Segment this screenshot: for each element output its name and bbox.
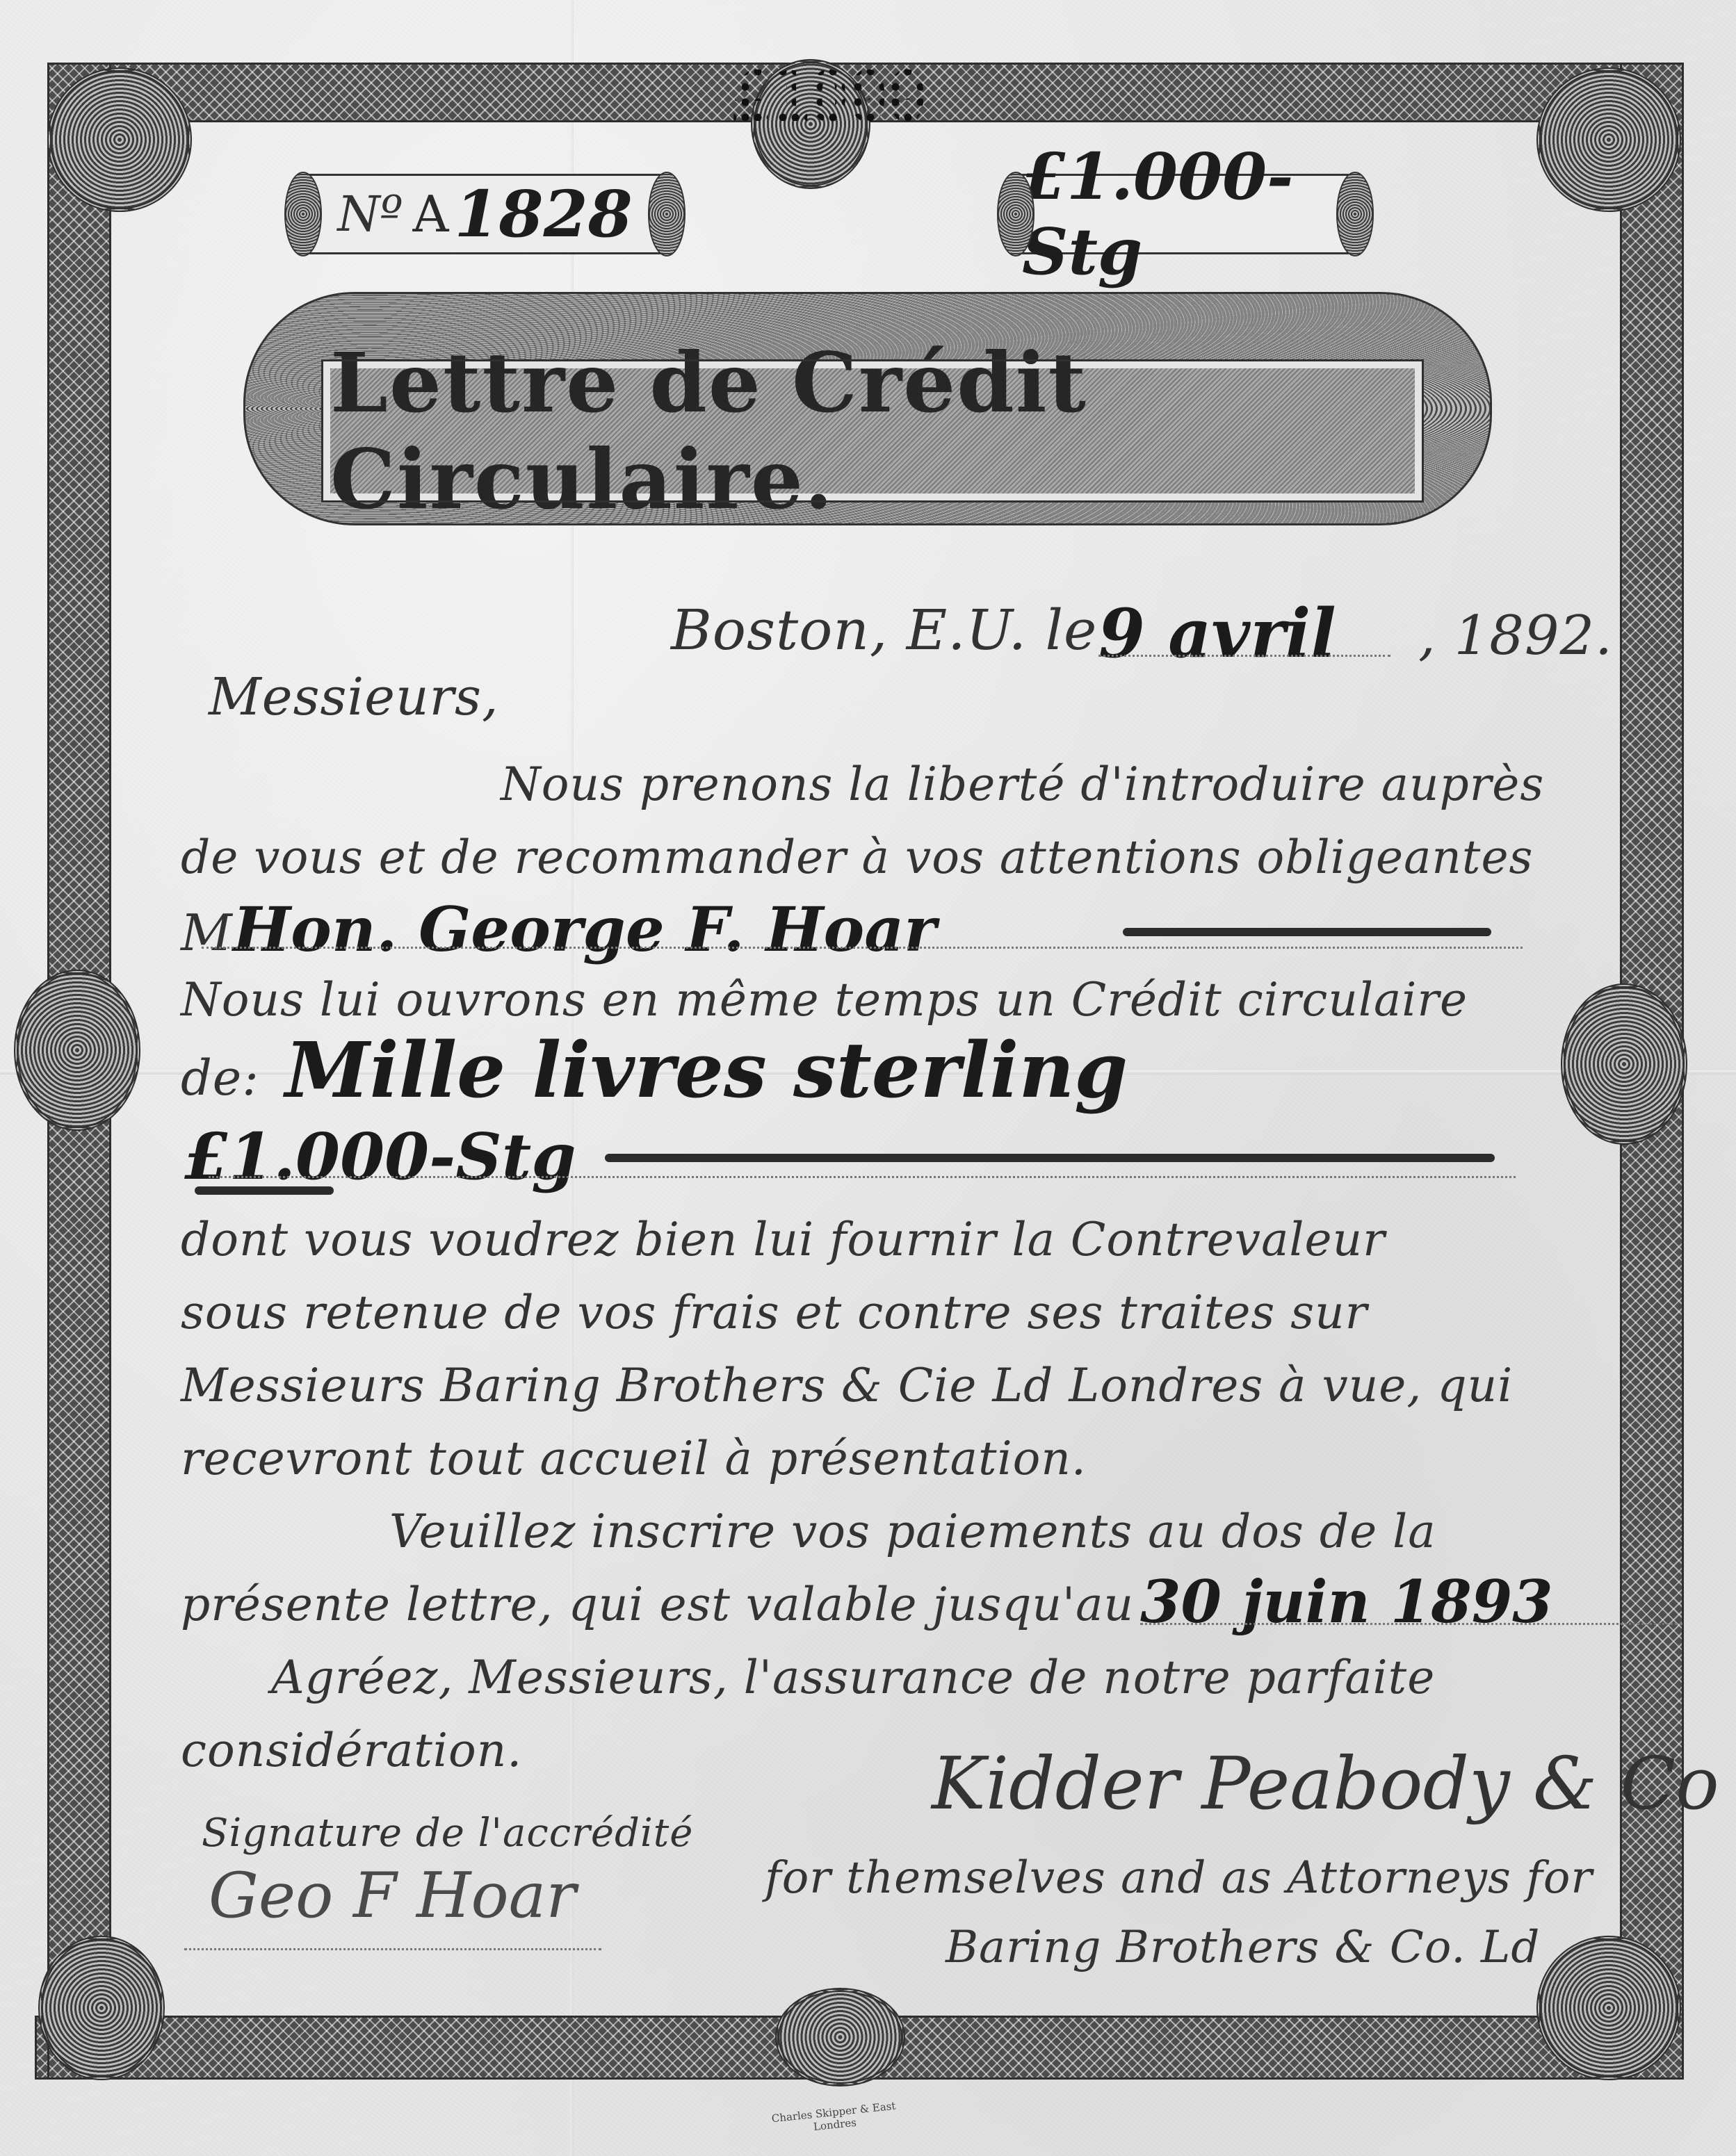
- rosette-icon: [1561, 983, 1687, 1145]
- fill-dash: [605, 1154, 1495, 1162]
- validity-date: 30 juin 1893: [1140, 1567, 1553, 1636]
- body-line-8: Veuillez inscrire vos paiements au dos d…: [389, 1505, 1436, 1558]
- rosette-icon: [1536, 67, 1681, 212]
- body-line-3: Nous lui ouvrons en même temps un Crédit…: [181, 973, 1468, 1027]
- issuer-signature: Kidder Peabody & Co: [932, 1741, 1719, 1826]
- dotted-rule: [1140, 1623, 1682, 1625]
- fill-dash: [1123, 928, 1491, 936]
- dotted-rule: [1098, 655, 1390, 657]
- issuer-line-1: for themselves and as Attorneys for: [765, 1852, 1593, 1904]
- series-letter: A: [413, 185, 449, 243]
- amount-figures: £1.000-Stg: [184, 1119, 576, 1194]
- serial-number-box: Nº A 1828: [309, 174, 660, 254]
- rosette-icon: [14, 970, 140, 1131]
- body-line-7: recevront tout accueil à présentation.: [181, 1432, 1087, 1485]
- body-line-10: Agréez, Messieurs, l'assurance de notre …: [271, 1651, 1435, 1704]
- serial-number: 1828: [455, 177, 633, 252]
- signature-rule: [184, 1948, 601, 1950]
- document-title: Lettre de Crédit Circulaire.: [330, 334, 1415, 528]
- amount-box-value: £1.000-Stg: [1022, 139, 1349, 289]
- beneficiary-signature: Geo F Hoar: [209, 1859, 576, 1932]
- amount-words: Mille livres sterling: [285, 1025, 1128, 1115]
- rosette-icon: [38, 1936, 165, 2080]
- dotted-rule: [209, 1176, 1516, 1178]
- body-line-4: dont vous voudrez bien lui fournir la Co…: [181, 1213, 1386, 1266]
- dateline-date: 9 avril: [1098, 594, 1336, 673]
- body-line-6: Messieurs Baring Brothers & Cie Ld Londr…: [181, 1359, 1513, 1412]
- rosette-icon: [1536, 1936, 1681, 2080]
- body-line-9: présente lettre, qui est valable jusqu'a…: [181, 1578, 1134, 1631]
- rosette-icon: [775, 1988, 905, 2086]
- amount-prefix: de:: [181, 1050, 259, 1106]
- number-label: Nº: [337, 186, 403, 243]
- dateline-year: , 1892.: [1418, 605, 1613, 667]
- issuer-line-2: Baring Brothers & Co. Ld: [946, 1922, 1540, 1973]
- body-line-11: considération.: [181, 1724, 522, 1777]
- fill-dash: [195, 1186, 334, 1195]
- dateline-place: Boston, E.U. le: [671, 598, 1097, 662]
- body-line-5: sous retenue de vos frais et contre ses …: [181, 1286, 1368, 1339]
- amount-box: £1.000-Stg: [1022, 174, 1349, 254]
- title-banner: Lettre de Crédit Circulaire.: [323, 361, 1422, 500]
- perforated-amount: £1000: [727, 49, 928, 146]
- rosette-icon: [47, 67, 192, 212]
- beneficiary-name: Hon. George F. Hoar: [233, 893, 936, 965]
- body-line-1: Nous prenons la liberté d'introduire aup…: [501, 758, 1544, 811]
- dotted-rule: [202, 947, 1523, 949]
- body-line-2: de vous et de recommander à vos attentio…: [181, 831, 1533, 884]
- salutation: Messieurs,: [209, 667, 499, 727]
- beneficiary-signature-label: Signature de l'accrédité: [202, 1811, 693, 1856]
